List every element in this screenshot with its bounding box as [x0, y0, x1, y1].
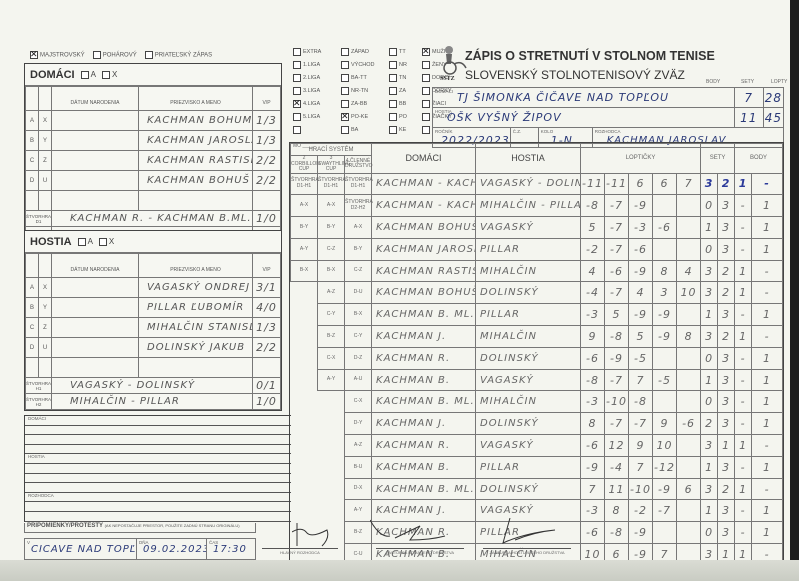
game-set-score[interactable] — [653, 195, 677, 217]
game-points[interactable]: - — [752, 435, 783, 457]
game-set-score[interactable]: -7 — [605, 413, 629, 435]
checkbox-icon[interactable] — [422, 113, 430, 121]
game-sets[interactable]: 0 — [701, 522, 718, 544]
player-vp[interactable]: 1/3 — [253, 318, 281, 338]
game-set-score[interactable]: -6 — [629, 238, 653, 260]
game-set-score[interactable]: -7 — [605, 282, 629, 304]
game-set-score[interactable]: 5 — [629, 326, 653, 348]
game-set-score[interactable]: -9 — [629, 522, 653, 544]
game-set-score[interactable] — [677, 391, 701, 413]
game-sets[interactable]: 1 — [701, 369, 718, 391]
checkbox-icon[interactable] — [341, 100, 349, 108]
game-set-score[interactable]: -8 — [605, 522, 629, 544]
game-set-score[interactable]: -9 — [581, 456, 605, 478]
game-set-score[interactable]: -7 — [605, 217, 629, 239]
game-set-score[interactable]: -4 — [605, 456, 629, 478]
checkbox-icon[interactable] — [389, 61, 397, 69]
game-set-score[interactable]: -11 — [581, 173, 605, 195]
game-sets[interactable]: 2 — [718, 326, 735, 348]
comment-line[interactable] — [25, 474, 311, 484]
place-label: V — [27, 540, 30, 545]
game-points[interactable]: - — [752, 173, 783, 195]
game-points[interactable]: - — [735, 522, 752, 544]
game-away-player[interactable]: VAGASKÝ — [476, 435, 581, 457]
game-points[interactable]: 1 — [752, 500, 783, 522]
game-sets[interactable]: 2 — [718, 173, 735, 195]
game-away-player[interactable]: DOLINSKÝ — [476, 478, 581, 500]
game-home-player[interactable]: KACHMAN B. — [372, 369, 476, 391]
game-points[interactable]: - — [735, 217, 752, 239]
game-row: A-ZD-UKACHMAN BOHUŠDOLINSKÝ-4-74310321- — [291, 282, 783, 304]
comment-line[interactable] — [25, 502, 311, 512]
game-sets[interactable]: 3 — [718, 238, 735, 260]
checkbox-icon[interactable] — [422, 61, 430, 69]
checkbox-icon[interactable] — [341, 87, 349, 95]
game-sets[interactable]: 3 — [701, 260, 718, 282]
game-set-score[interactable]: 9 — [653, 413, 677, 435]
game-away-player[interactable]: DOLINSKÝ — [476, 347, 581, 369]
away-opt-x-checkbox[interactable] — [99, 238, 107, 246]
game-set-score[interactable] — [677, 304, 701, 326]
game-sets[interactable]: 3 — [701, 282, 718, 304]
game-set-score[interactable] — [677, 217, 701, 239]
game-sets[interactable]: 1 — [701, 217, 718, 239]
game-away-player[interactable]: PILLAR — [476, 304, 581, 326]
game-sets[interactable]: 3 — [701, 435, 718, 457]
category-option[interactable]: 5.LIGA — [293, 112, 341, 121]
player-birth[interactable] — [52, 298, 139, 318]
game-set-score[interactable] — [677, 347, 701, 369]
checkbox-icon[interactable] — [341, 61, 349, 69]
game-set-score[interactable] — [677, 500, 701, 522]
game-set-score[interactable] — [677, 522, 701, 544]
game-sets[interactable]: 3 — [701, 478, 718, 500]
game-set-score[interactable]: -9 — [653, 478, 677, 500]
game-set-score[interactable]: 8 — [653, 260, 677, 282]
category-option[interactable]: TT — [389, 47, 422, 56]
comment-line[interactable] — [25, 512, 311, 522]
category-option[interactable]: BA — [341, 125, 389, 134]
checkbox-icon[interactable] — [422, 74, 430, 82]
category-option[interactable]: ZA — [389, 86, 422, 95]
game-points[interactable]: - — [752, 282, 783, 304]
checkbox-icon[interactable] — [341, 74, 349, 82]
game-set-score[interactable]: -3 — [629, 217, 653, 239]
game-away-player[interactable]: VAGASKÝ - DOLINSKÝ — [476, 173, 581, 195]
player-vp[interactable]: 1/3 — [253, 131, 281, 151]
player-vp[interactable]: 2/2 — [253, 171, 281, 191]
game-home-player[interactable]: KACHMAN BOHUŠ ML. — [372, 217, 476, 239]
game-points[interactable]: 1 — [752, 304, 783, 326]
place-field[interactable]: V ČIČAVE NAD TOPĽOU — [25, 539, 137, 559]
game-away-player[interactable]: DOLINSKÝ — [476, 413, 581, 435]
game-sets[interactable]: 3 — [701, 173, 718, 195]
checkbox-icon[interactable] — [145, 51, 153, 59]
player-name[interactable]: MIHALČIN STANISLAV — [139, 318, 253, 338]
checkbox-icon[interactable] — [293, 74, 301, 82]
system-pairing — [318, 413, 345, 435]
game-points[interactable]: - — [735, 500, 752, 522]
player-name[interactable]: VAGASKÝ ONDREJ — [139, 278, 253, 298]
game-home-player[interactable]: KACHMAN J. — [372, 413, 476, 435]
game-set-score[interactable]: -8 — [581, 195, 605, 217]
player-name[interactable]: PILLAR ĽUBOMÍR — [139, 298, 253, 318]
game-sets[interactable]: 3 — [718, 456, 735, 478]
game-set-score[interactable]: 6 — [677, 478, 701, 500]
game-points[interactable]: 1 — [735, 435, 752, 457]
doubles-vp[interactable]: 1/0 — [253, 394, 281, 410]
game-set-score[interactable]: -8 — [605, 326, 629, 348]
category-option[interactable]: ZA-BB — [341, 99, 389, 108]
date-field[interactable]: DŇA 09.02.2023 — [137, 539, 207, 559]
checkbox-icon[interactable] — [422, 48, 430, 56]
game-away-player[interactable]: MIHALČIN - PILLAR — [476, 195, 581, 217]
game-set-score[interactable]: 9 — [629, 435, 653, 457]
game-points[interactable]: 1 — [752, 369, 783, 391]
match-type-option[interactable]: PRIATEĽSKÝ ZÁPAS — [145, 51, 212, 59]
home-opt-x-checkbox[interactable] — [102, 71, 110, 79]
checkbox-icon[interactable] — [30, 51, 38, 59]
doubles-pair[interactable]: KACHMAN R. - KACHMAN B.ML. — [52, 211, 253, 227]
game-sets[interactable]: 0 — [701, 195, 718, 217]
game-away-player[interactable]: MIHALČIN — [476, 391, 581, 413]
game-set-score[interactable] — [653, 522, 677, 544]
checkbox-icon[interactable] — [389, 74, 397, 82]
game-points[interactable]: 1 — [752, 238, 783, 260]
game-points[interactable]: - — [735, 391, 752, 413]
game-set-score[interactable]: -3 — [581, 304, 605, 326]
game-set-score[interactable]: -6 — [653, 217, 677, 239]
system-pairing: B-X — [345, 304, 372, 326]
game-set-score[interactable]: 9 — [581, 326, 605, 348]
blank-row — [26, 358, 281, 378]
player-birth[interactable] — [52, 131, 139, 151]
game-set-score[interactable]: 5 — [605, 304, 629, 326]
game-set-score[interactable]: 7 — [677, 173, 701, 195]
category-option[interactable]: VÝCHOD — [341, 60, 389, 69]
game-home-player[interactable]: KACHMAN JAROSLAV — [372, 238, 476, 260]
game-set-score[interactable]: 7 — [629, 369, 653, 391]
checkbox-icon[interactable] — [341, 113, 349, 121]
game-set-score[interactable]: 4 — [629, 282, 653, 304]
game-home-player[interactable]: KACHMAN R. — [372, 435, 476, 457]
checkbox-icon[interactable] — [389, 100, 397, 108]
game-sets[interactable]: 2 — [718, 260, 735, 282]
checkbox-icon[interactable] — [389, 48, 397, 56]
match-type-option[interactable]: MAJSTROVSKÝ — [30, 51, 85, 59]
player-birth[interactable] — [52, 111, 139, 131]
player-vp[interactable]: 1/3 — [253, 111, 281, 131]
category-option[interactable]: 1.LIGA — [293, 60, 341, 69]
checkbox-icon[interactable] — [422, 126, 430, 134]
game-away-player[interactable]: VAGASKÝ — [476, 217, 581, 239]
game-set-score[interactable] — [677, 369, 701, 391]
player-birth[interactable] — [52, 278, 139, 298]
game-set-score[interactable]: 5 — [581, 217, 605, 239]
game-sets[interactable]: 0 — [701, 347, 718, 369]
game-set-score[interactable]: -4 — [581, 282, 605, 304]
game-set-score[interactable]: -8 — [629, 391, 653, 413]
checkbox-icon[interactable] — [389, 87, 397, 95]
comment-line[interactable] — [25, 445, 311, 455]
game-points[interactable]: - — [752, 260, 783, 282]
match-type-option[interactable]: POHÁROVÝ — [93, 51, 137, 59]
doubles-label: ŠTVORHRA H2 — [26, 394, 52, 410]
game-set-score[interactable]: -9 — [653, 304, 677, 326]
game-set-score[interactable]: -9 — [629, 195, 653, 217]
game-home-player[interactable]: KACHMAN J. — [372, 326, 476, 348]
category-option[interactable]: 3.LIGA — [293, 86, 341, 95]
doubles-vp[interactable]: 0/1 — [253, 378, 281, 394]
place-date-time: V ČIČAVE NAD TOPĽOU DŇA 09.02.2023 ČAS 1… — [24, 538, 256, 560]
checkbox-icon[interactable] — [293, 126, 301, 134]
game-away-player[interactable]: MIHALČIN — [476, 326, 581, 348]
category-option[interactable]: PO-KE — [341, 112, 389, 121]
game-set-score[interactable]: -5 — [629, 347, 653, 369]
game-points[interactable]: 1 — [752, 347, 783, 369]
game-set-score[interactable] — [653, 391, 677, 413]
game-points[interactable]: 1 — [752, 522, 783, 544]
game-home-player[interactable]: KACHMAN B. — [372, 456, 476, 478]
game-set-score[interactable]: -3 — [581, 500, 605, 522]
category-option[interactable]: KE — [389, 125, 422, 134]
doubles-label: ŠTVORHRA H1 — [26, 378, 52, 394]
game-set-score[interactable]: -6 — [677, 413, 701, 435]
game-sets[interactable]: 3 — [718, 195, 735, 217]
player-name[interactable]: KACHMAN JAROSLAV — [139, 131, 253, 151]
game-set-score[interactable]: -2 — [581, 238, 605, 260]
game-set-score[interactable]: 8 — [605, 500, 629, 522]
game-set-score[interactable]: -3 — [581, 391, 605, 413]
checkbox-icon[interactable] — [389, 113, 397, 121]
comment-line[interactable] — [25, 426, 311, 436]
checkbox-icon[interactable] — [293, 100, 301, 108]
checkbox-icon[interactable] — [422, 87, 430, 95]
game-home-player[interactable]: KACHMAN R. — [372, 347, 476, 369]
doubles-pair[interactable]: VAGASKÝ - DOLINSKÝ — [52, 378, 253, 394]
game-sets[interactable]: 1 — [718, 435, 735, 457]
game-sets[interactable]: 2 — [718, 478, 735, 500]
category-option[interactable]: 2.LIGA — [293, 73, 341, 82]
game-set-score[interactable]: 6 — [629, 173, 653, 195]
game-set-score[interactable]: -7 — [605, 238, 629, 260]
game-set-score[interactable]: 8 — [581, 413, 605, 435]
category-option[interactable]: 4.LIGA — [293, 99, 341, 108]
game-points[interactable]: - — [735, 195, 752, 217]
checkbox-icon[interactable] — [293, 48, 301, 56]
game-points[interactable]: 1 — [752, 217, 783, 239]
comment-line[interactable] — [25, 464, 311, 474]
game-set-score[interactable]: -6 — [581, 347, 605, 369]
game-sets[interactable]: 1 — [701, 304, 718, 326]
doubles-pair[interactable]: MIHALČIN - PILLAR — [52, 394, 253, 410]
game-set-score[interactable]: 8 — [677, 326, 701, 348]
player-vp[interactable]: 3/1 — [253, 278, 281, 298]
game-home-player[interactable]: KACHMAN - KACHMAN (RASTISLAV BOHUŠ ML.) — [372, 173, 476, 195]
comment-line[interactable] — [25, 435, 311, 445]
game-set-score[interactable]: 10 — [653, 435, 677, 457]
game-points[interactable]: 1 — [752, 413, 783, 435]
game-set-score[interactable]: -7 — [605, 195, 629, 217]
game-sets[interactable]: 3 — [701, 326, 718, 348]
game-sets[interactable]: 0 — [701, 391, 718, 413]
game-set-score[interactable]: 10 — [677, 282, 701, 304]
category-option[interactable]: NR — [389, 60, 422, 69]
game-points[interactable]: - — [752, 326, 783, 348]
game-set-score[interactable]: -10 — [629, 478, 653, 500]
category-option[interactable]: BB — [389, 99, 422, 108]
game-set-score[interactable]: 4 — [581, 260, 605, 282]
home-opt-a-checkbox[interactable] — [81, 71, 89, 79]
game-set-score[interactable]: -5 — [653, 369, 677, 391]
category-option[interactable]: PO — [389, 112, 422, 121]
checkbox-icon[interactable] — [293, 87, 301, 95]
away-sety[interactable]: 45 — [763, 108, 783, 128]
game-set-score[interactable]: 6 — [653, 173, 677, 195]
game-set-score[interactable]: 12 — [605, 435, 629, 457]
game-points[interactable]: 1 — [735, 282, 752, 304]
player-name[interactable]: DOLINSKÝ JAKUB — [139, 338, 253, 358]
game-set-score[interactable]: -10 — [605, 391, 629, 413]
game-home-player[interactable]: KACHMAN B. ML. — [372, 304, 476, 326]
game-set-score[interactable]: -9 — [605, 347, 629, 369]
game-points[interactable]: 1 — [752, 195, 783, 217]
player-letter-alt: Y — [39, 131, 52, 151]
game-points[interactable]: - — [735, 413, 752, 435]
away-team-field[interactable]: HOSTIA OŠK VYŠNÝ ŽIPOV — [433, 108, 735, 128]
game-sets[interactable]: 2 — [718, 282, 735, 304]
game-set-score[interactable]: 3 — [653, 282, 677, 304]
game-points[interactable]: - — [752, 478, 783, 500]
player-birth[interactable] — [52, 338, 139, 358]
system-pairing — [291, 304, 318, 326]
game-set-score[interactable] — [677, 238, 701, 260]
game-sets[interactable]: 1 — [701, 500, 718, 522]
game-away-player[interactable]: VAGASKÝ — [476, 369, 581, 391]
game-set-score[interactable] — [677, 456, 701, 478]
game-away-player[interactable]: DOLINSKÝ — [476, 282, 581, 304]
category-option[interactable]: TN — [389, 73, 422, 82]
home-team-field[interactable]: DOMÁCI TJ ŠIMONKA ČIČAVE NAD TOPĽOU — [433, 88, 735, 108]
game-set-score[interactable]: 4 — [677, 260, 701, 282]
game-sets[interactable]: 1 — [701, 456, 718, 478]
game-set-score[interactable]: 7 — [581, 478, 605, 500]
category-option[interactable] — [293, 125, 341, 134]
time-field[interactable]: ČAS 17:30 — [207, 539, 255, 559]
player-vp[interactable]: 4/0 — [253, 298, 281, 318]
game-set-score[interactable]: -9 — [653, 326, 677, 348]
away-opt-a-checkbox[interactable] — [78, 238, 86, 246]
player-vp[interactable]: 2/2 — [253, 151, 281, 171]
away-body[interactable]: 11 — [734, 108, 763, 128]
checkbox-icon[interactable] — [422, 100, 430, 108]
checkbox-icon[interactable] — [293, 113, 301, 121]
game-set-score[interactable]: -6 — [581, 522, 605, 544]
game-points[interactable]: - — [735, 347, 752, 369]
home-sety[interactable]: 28 — [763, 88, 783, 108]
player-birth[interactable] — [52, 151, 139, 171]
category-option[interactable]: EXTRA — [293, 47, 341, 56]
game-home-player[interactable]: KACHMAN B. ML. — [372, 478, 476, 500]
game-set-score[interactable]: -6 — [605, 260, 629, 282]
checkbox-icon[interactable] — [341, 48, 349, 56]
game-points[interactable]: 1 — [752, 391, 783, 413]
game-set-score[interactable]: -9 — [629, 304, 653, 326]
game-points[interactable]: 1 — [735, 173, 752, 195]
game-set-score[interactable]: -11 — [605, 173, 629, 195]
game-sets[interactable]: 2 — [701, 413, 718, 435]
checkbox-icon[interactable] — [293, 61, 301, 69]
game-sets[interactable]: 3 — [718, 304, 735, 326]
player-vp[interactable]: 2/2 — [253, 338, 281, 358]
game-set-score[interactable]: -8 — [581, 369, 605, 391]
comment-line[interactable] — [25, 483, 311, 493]
game-points[interactable]: - — [735, 456, 752, 478]
game-sets[interactable]: 3 — [718, 522, 735, 544]
game-home-player[interactable]: KACHMAN BOHUŠ — [372, 282, 476, 304]
game-home-player[interactable]: KACHMAN - KACHMAN (JAROSLAV BOHUŠ) — [372, 195, 476, 217]
category-option[interactable]: NR-TN — [341, 86, 389, 95]
game-set-score[interactable] — [677, 435, 701, 457]
game-set-score[interactable]: -7 — [653, 500, 677, 522]
player-name[interactable]: KACHMAN RASTISLAV — [139, 151, 253, 171]
game-sets[interactable]: 3 — [718, 217, 735, 239]
game-sets[interactable]: 3 — [718, 369, 735, 391]
game-set-score[interactable]: -7 — [605, 369, 629, 391]
game-set-score[interactable] — [653, 238, 677, 260]
player-birth[interactable] — [52, 318, 139, 338]
doubles-vp[interactable]: 1/0 — [253, 211, 281, 227]
game-away-player[interactable]: MIHALČIN — [476, 260, 581, 282]
game-sets[interactable]: 3 — [718, 347, 735, 369]
game-points[interactable]: 1 — [752, 456, 783, 478]
game-set-score[interactable]: -9 — [629, 260, 653, 282]
game-set-score[interactable] — [677, 195, 701, 217]
game-sets[interactable]: 3 — [718, 500, 735, 522]
game-home-player[interactable]: KACHMAN B. ML. — [372, 391, 476, 413]
comment-home-label: DOMÁCI — [25, 416, 311, 426]
player-name[interactable]: KACHMAN BOHUŠ — [139, 171, 253, 191]
checkbox-icon[interactable] — [389, 126, 397, 134]
player-name[interactable]: KACHMAN BOHUMIL ML. — [139, 111, 253, 131]
checkbox-icon[interactable] — [93, 51, 101, 59]
game-points[interactable]: - — [735, 304, 752, 326]
game-away-player[interactable]: PILLAR — [476, 456, 581, 478]
game-set-score[interactable]: -12 — [653, 456, 677, 478]
category-option[interactable]: BA-TT — [341, 73, 389, 82]
game-set-score[interactable]: -6 — [581, 435, 605, 457]
game-set-score[interactable]: -2 — [629, 500, 653, 522]
game-set-score[interactable]: -7 — [629, 413, 653, 435]
game-points[interactable]: 1 — [735, 260, 752, 282]
game-points[interactable]: - — [735, 238, 752, 260]
game-set-score[interactable] — [653, 347, 677, 369]
game-sets[interactable]: 3 — [718, 391, 735, 413]
game-set-score[interactable]: 7 — [629, 456, 653, 478]
game-points[interactable]: - — [735, 369, 752, 391]
category-option[interactable]: ZÁPAD — [341, 47, 389, 56]
game-set-score[interactable]: 11 — [605, 478, 629, 500]
checkbox-icon[interactable] — [341, 126, 349, 134]
home-body[interactable]: 7 — [734, 88, 763, 108]
game-sets[interactable]: 3 — [718, 413, 735, 435]
game-home-player[interactable]: KACHMAN RASTISLAV — [372, 260, 476, 282]
game-points[interactable]: 1 — [735, 326, 752, 348]
player-birth[interactable] — [52, 171, 139, 191]
game-away-player[interactable]: PILLAR — [476, 238, 581, 260]
game-points[interactable]: 1 — [735, 478, 752, 500]
game-sets[interactable]: 0 — [701, 238, 718, 260]
